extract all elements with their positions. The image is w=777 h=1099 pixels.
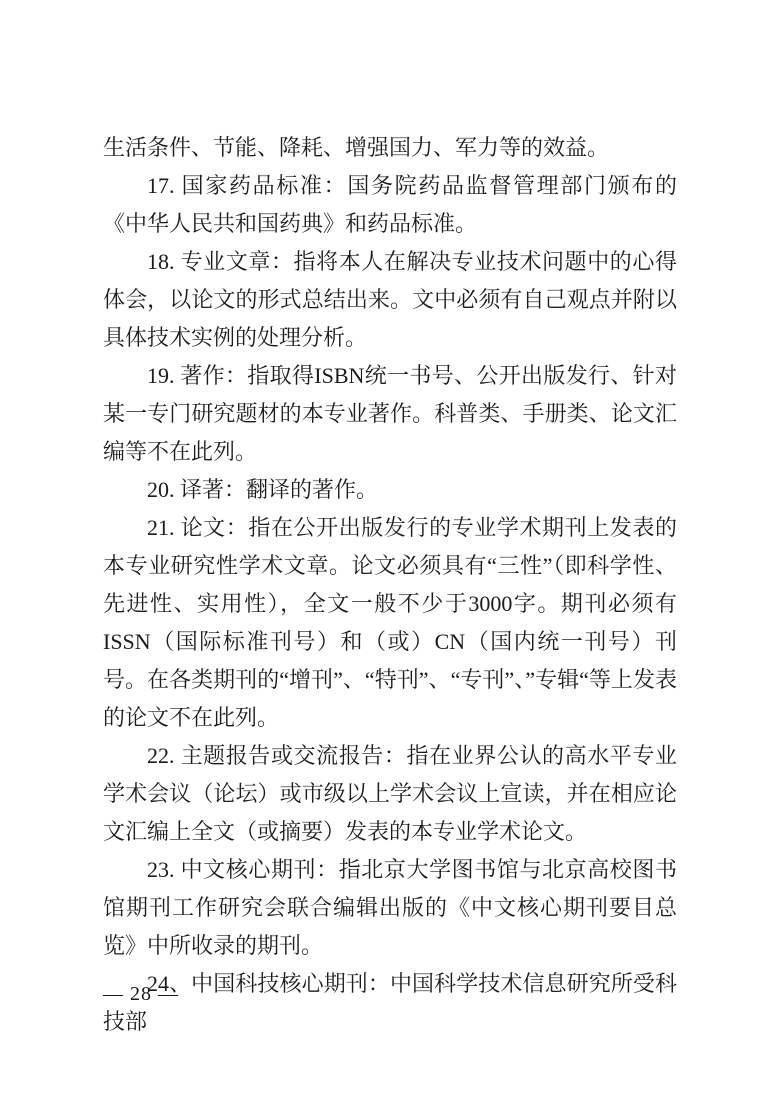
definition-item-17: 17. 国家药品标准：国务院药品监督管理部门颁布的《中华人民共和国药典》和药品标…	[103, 167, 677, 243]
paragraph-continuation: 生活条件、节能、降耗、增强国力、军力等的效益。	[103, 129, 677, 167]
document-body: 生活条件、节能、降耗、增强国力、军力等的效益。 17. 国家药品标准：国务院药品…	[103, 129, 677, 1041]
page-footer: — 28 —	[103, 980, 179, 1008]
definition-item-18: 18. 专业文章：指将本人在解决专业技术问题中的心得体会，以论文的形式总结出来。…	[103, 243, 677, 357]
definition-item-21: 21. 论文：指在公开出版发行的专业学术期刊上发表的本专业研究性学术文章。论文必…	[103, 509, 677, 737]
definition-item-22: 22. 主题报告或交流报告：指在业界公认的高水平专业学术会议（论坛）或市级以上学…	[103, 737, 677, 851]
page-number: — 28 —	[103, 983, 179, 1005]
definition-item-20: 20. 译著：翻译的著作。	[103, 471, 677, 509]
document-page: 生活条件、节能、降耗、增强国力、军力等的效益。 17. 国家药品标准：国务院药品…	[0, 0, 777, 1099]
definition-item-23: 23. 中文核心期刊：指北京大学图书馆与北京高校图书馆期刊工作研究会联合编辑出版…	[103, 851, 677, 965]
definition-item-19: 19. 著作：指取得ISBN统一书号、公开出版发行、针对某一专门研究题材的本专业…	[103, 357, 677, 471]
definition-item-24: 24、中国科技核心期刊：中国科学技术信息研究所受科技部	[103, 965, 677, 1041]
